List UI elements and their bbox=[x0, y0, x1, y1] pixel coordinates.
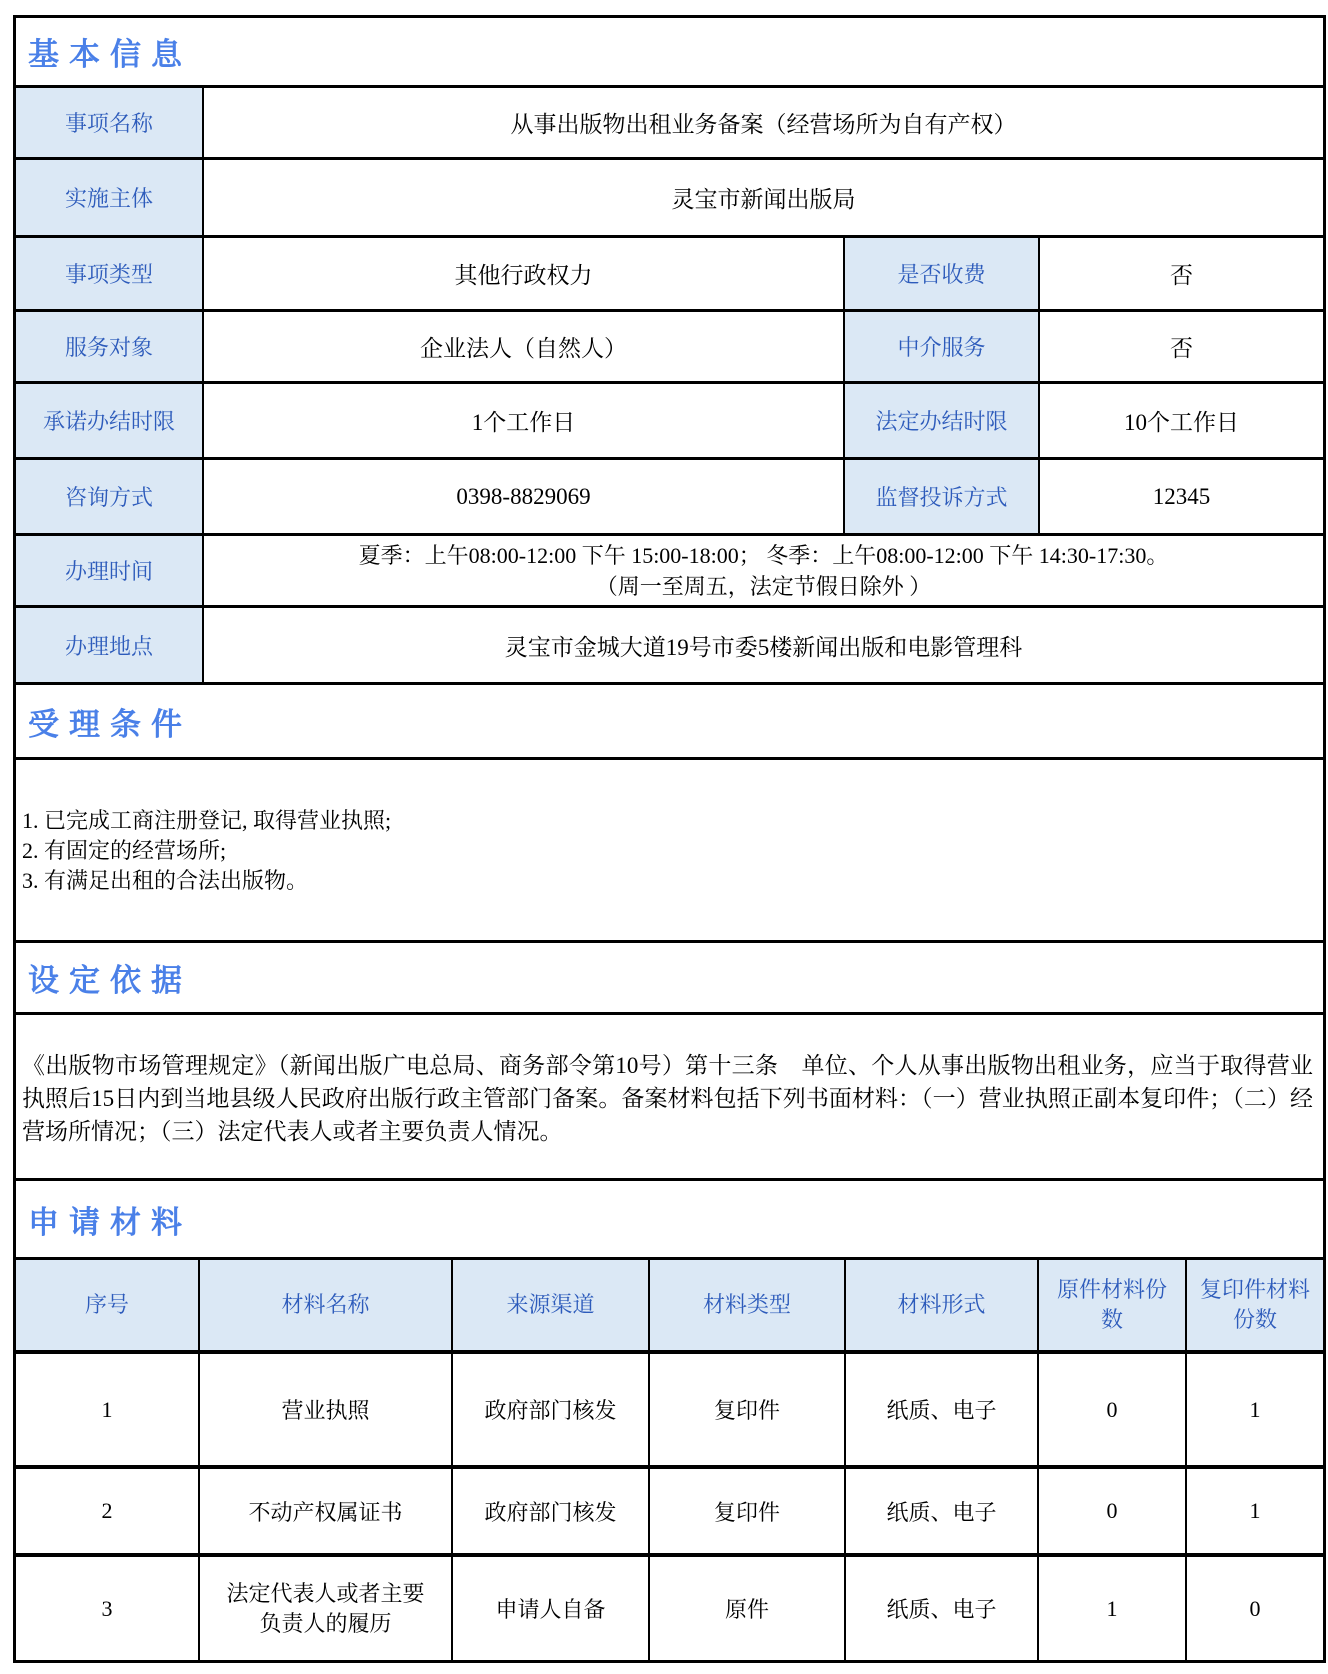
office-hours-line1: 夏季：上午08:00-12:00 下午 15:00-18:00； 冬季：上午08… bbox=[359, 540, 1169, 571]
field-value-item-name: 从事出版物出租业务备案（经营场所为自有产权） bbox=[204, 88, 1323, 157]
section-title-acceptance: 受理条件 bbox=[28, 699, 192, 744]
table-row-consult-phone: 咨询方式 0398-8829069 监督投诉方式 12345 bbox=[16, 457, 1323, 533]
field-value-service-object: 企业法人（自然人） bbox=[204, 312, 843, 381]
field-label-item-name: 事项名称 bbox=[16, 88, 204, 157]
material-form: 纸质、电子 bbox=[846, 1557, 1039, 1660]
table-row-service-object: 服务对象 企业法人（自然人） 中介服务 否 bbox=[16, 309, 1323, 381]
field-label-promised-time: 承诺办结时限 bbox=[16, 384, 204, 457]
field-label-charge: 是否收费 bbox=[843, 238, 1040, 309]
materials-row-3: 3 法定代表人或者主要负责人的履历 申请人自备 原件 纸质、电子 1 0 bbox=[16, 1553, 1323, 1660]
material-name: 法定代表人或者主要负责人的履历 bbox=[200, 1557, 453, 1660]
field-value-complaint-phone: 12345 bbox=[1040, 460, 1323, 533]
materials-header-type: 材料类型 bbox=[650, 1260, 846, 1350]
material-original-copies: 0 bbox=[1039, 1469, 1187, 1553]
material-type: 复印件 bbox=[650, 1469, 846, 1553]
material-form: 纸质、电子 bbox=[846, 1469, 1039, 1553]
field-label-service-object: 服务对象 bbox=[16, 312, 204, 381]
materials-header-photocopies: 复印件材料份数 bbox=[1187, 1260, 1323, 1350]
table-row-office-address: 办理地点 灵宝市金城大道19号市委5楼新闻出版和电影管理科 bbox=[16, 605, 1323, 682]
service-item-document: 基本信息 事项名称 从事出版物出租业务备案（经营场所为自有产权） 实施主体 灵宝… bbox=[0, 0, 1328, 1674]
field-label-intermediary: 中介服务 bbox=[843, 312, 1040, 381]
material-seq: 2 bbox=[16, 1469, 200, 1553]
table-row-office-hours: 办理时间 夏季：上午08:00-12:00 下午 15:00-18:00； 冬季… bbox=[16, 533, 1323, 605]
section-title-materials: 申请材料 bbox=[28, 1197, 192, 1242]
materials-header-row: 序号 材料名称 来源渠道 材料类型 材料形式 原件材料份数 复印件材料份数 bbox=[16, 1257, 1323, 1350]
material-source: 申请人自备 bbox=[453, 1557, 650, 1660]
material-seq: 3 bbox=[16, 1557, 200, 1660]
field-label-consult-phone: 咨询方式 bbox=[16, 460, 204, 533]
material-name: 营业执照 bbox=[200, 1354, 453, 1465]
field-value-intermediary: 否 bbox=[1040, 312, 1323, 381]
field-label-statutory-time: 法定办结时限 bbox=[843, 384, 1040, 457]
field-value-office-address: 灵宝市金城大道19号市委5楼新闻出版和电影管理科 bbox=[204, 608, 1323, 682]
field-label-implementing-body: 实施主体 bbox=[16, 160, 204, 235]
field-label-office-address: 办理地点 bbox=[16, 608, 204, 682]
section-title-basic-info: 基本信息 bbox=[28, 29, 192, 74]
material-photocopies: 0 bbox=[1187, 1557, 1323, 1660]
material-seq: 1 bbox=[16, 1354, 200, 1465]
material-source: 政府部门核发 bbox=[453, 1469, 650, 1553]
field-value-charge: 否 bbox=[1040, 238, 1323, 309]
field-value-implementing-body: 灵宝市新闻出版局 bbox=[204, 160, 1323, 235]
materials-header-original-copies: 原件材料份数 bbox=[1039, 1260, 1187, 1350]
office-hours-line2: （周一至周五，法定节假日除外 ） bbox=[596, 571, 932, 602]
table-row-item-type: 事项类型 其他行政权力 是否收费 否 bbox=[16, 235, 1323, 309]
materials-row-1: 1 营业执照 政府部门核发 复印件 纸质、电子 0 1 bbox=[16, 1350, 1323, 1465]
table-row-promised-time: 承诺办结时限 1个工作日 法定办结时限 10个工作日 bbox=[16, 381, 1323, 457]
field-label-item-type: 事项类型 bbox=[16, 238, 204, 309]
materials-header-source: 来源渠道 bbox=[453, 1260, 650, 1350]
basis-paragraph: 《出版物市场管理规定》（新闻出版广电总局、商务部令第10号）第十三条 单位、个人… bbox=[16, 1012, 1323, 1178]
materials-header-seq: 序号 bbox=[16, 1260, 200, 1350]
section-basic-info-title-row: 基本信息 bbox=[16, 18, 1323, 85]
info-sheet: 基本信息 事项名称 从事出版物出租业务备案（经营场所为自有产权） 实施主体 灵宝… bbox=[13, 15, 1326, 1663]
material-original-copies: 0 bbox=[1039, 1354, 1187, 1465]
materials-header-name: 材料名称 bbox=[200, 1260, 453, 1350]
materials-header-form: 材料形式 bbox=[846, 1260, 1039, 1350]
field-value-item-type: 其他行政权力 bbox=[204, 238, 843, 309]
material-type: 复印件 bbox=[650, 1354, 846, 1465]
field-value-office-hours: 夏季：上午08:00-12:00 下午 15:00-18:00； 冬季：上午08… bbox=[204, 536, 1323, 605]
material-type: 原件 bbox=[650, 1557, 846, 1660]
material-photocopies: 1 bbox=[1187, 1354, 1323, 1465]
acceptance-condition-1: 1. 已完成工商注册登记, 取得营业执照; bbox=[22, 806, 1307, 836]
section-title-basis: 设定依据 bbox=[28, 955, 192, 1000]
acceptance-condition-2: 2. 有固定的经营场所; bbox=[22, 836, 1307, 866]
acceptance-conditions: 1. 已完成工商注册登记, 取得营业执照; 2. 有固定的经营场所; 3. 有满… bbox=[16, 757, 1323, 940]
field-value-statutory-time: 10个工作日 bbox=[1040, 384, 1323, 457]
section-materials-title-row: 申请材料 bbox=[16, 1178, 1323, 1257]
acceptance-condition-3: 3. 有满足出租的合法出版物。 bbox=[22, 866, 1307, 896]
materials-row-2: 2 不动产权属证书 政府部门核发 复印件 纸质、电子 0 1 bbox=[16, 1465, 1323, 1553]
section-basis-title-row: 设定依据 bbox=[16, 940, 1323, 1012]
section-acceptance-title-row: 受理条件 bbox=[16, 682, 1323, 757]
material-photocopies: 1 bbox=[1187, 1469, 1323, 1553]
field-value-promised-time: 1个工作日 bbox=[204, 384, 843, 457]
field-value-consult-phone: 0398-8829069 bbox=[204, 460, 843, 533]
material-name: 不动产权属证书 bbox=[200, 1469, 453, 1553]
field-label-office-hours: 办理时间 bbox=[16, 536, 204, 605]
table-row-item-name: 事项名称 从事出版物出租业务备案（经营场所为自有产权） bbox=[16, 85, 1323, 157]
material-form: 纸质、电子 bbox=[846, 1354, 1039, 1465]
material-original-copies: 1 bbox=[1039, 1557, 1187, 1660]
field-label-complaint-phone: 监督投诉方式 bbox=[843, 460, 1040, 533]
material-source: 政府部门核发 bbox=[453, 1354, 650, 1465]
table-row-implementing-body: 实施主体 灵宝市新闻出版局 bbox=[16, 157, 1323, 235]
